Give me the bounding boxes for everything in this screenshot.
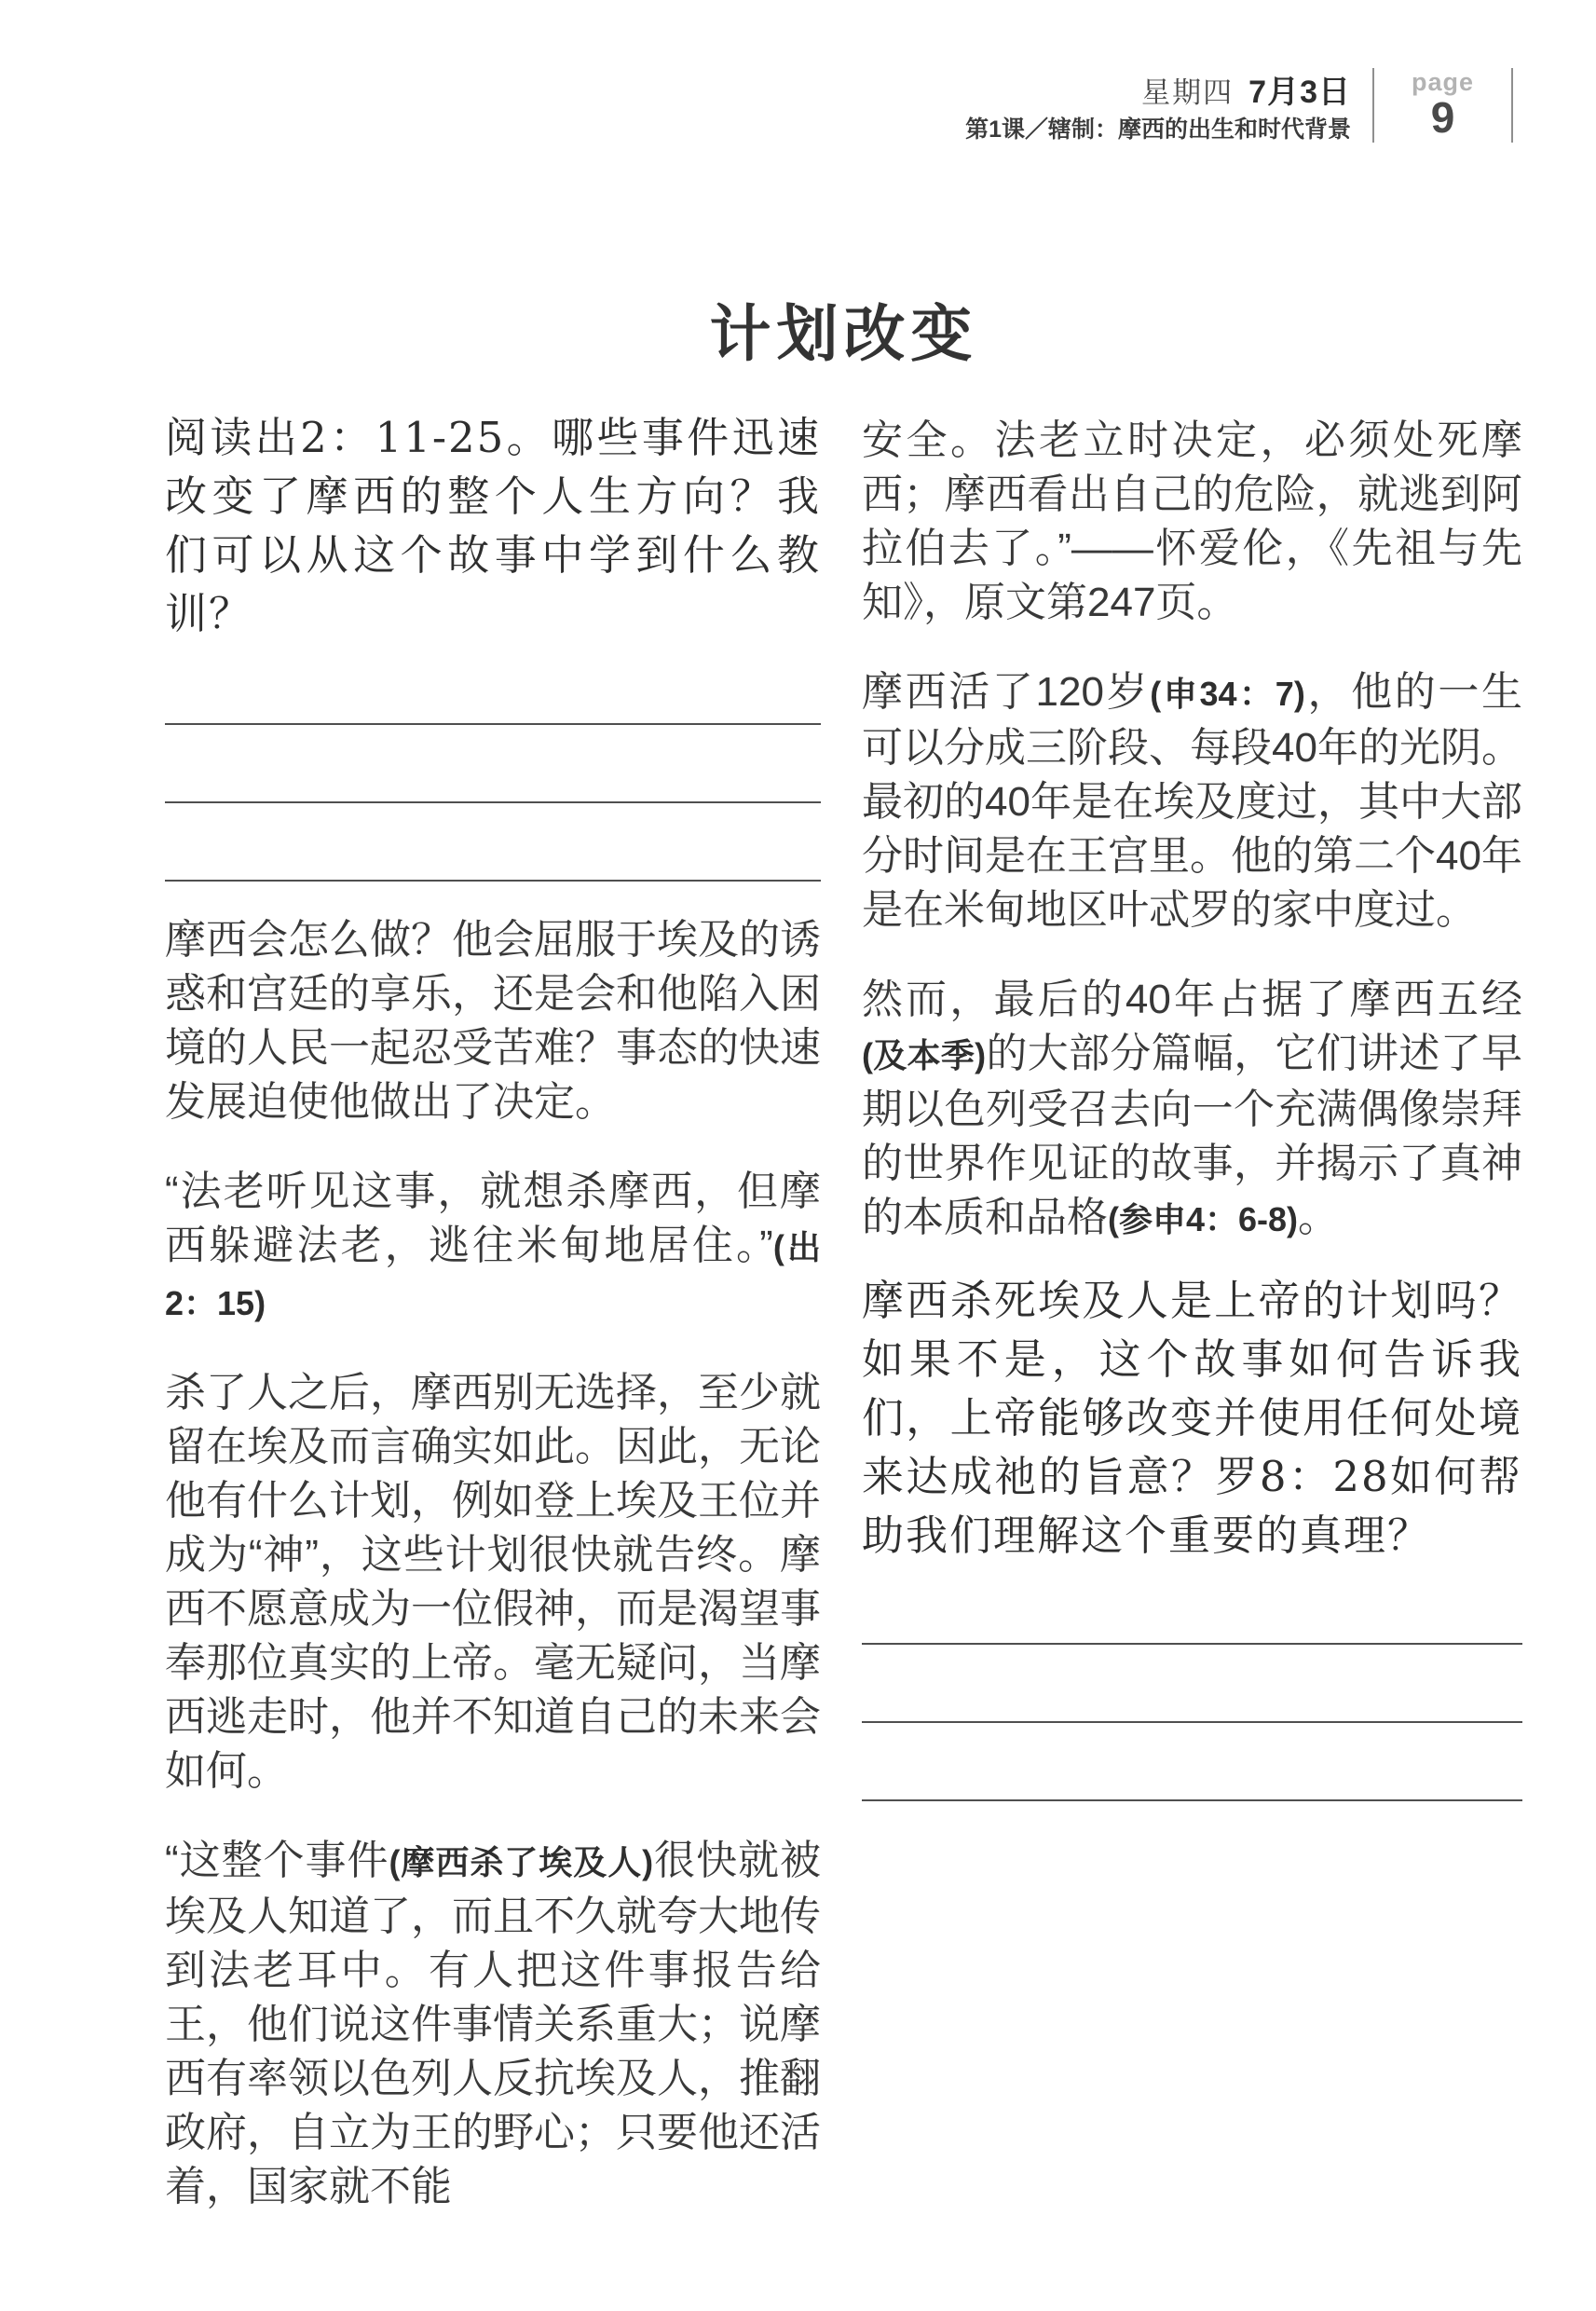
- page-header: 星期四7月3日 第1课／辖制：摩西的出生和时代背景: [965, 75, 1351, 144]
- scripture-ref-deut4-6-8: (参申4：6-8): [1108, 1200, 1298, 1238]
- quote-start: “这整个事件: [165, 1838, 389, 1883]
- paragraph-safety-quote-end: 安全。法老立时决定，必须处死摩西；摩西看出自己的危险，就逃到阿拉伯去了。”——怀…: [862, 414, 1522, 630]
- bold-note-this-quarter: (及本季): [862, 1036, 986, 1074]
- text-seg: 摩西活了120岁: [862, 669, 1150, 715]
- bold-note-killed-egyptian: (摩西杀了埃及人): [389, 1843, 653, 1881]
- answer-line: [165, 650, 821, 725]
- paragraph-after-killing: 杀了人之后，摩西别无选择，至少就留在埃及而言确实如此。因此，无论他有什么计划，例…: [165, 1366, 821, 1798]
- right-column: 安全。法老立时决定，必须处死摩西；摩西看出自己的危险，就逃到阿拉伯去了。”——怀…: [862, 408, 1522, 2214]
- date-label: 7月3日: [1248, 75, 1351, 110]
- page-indicator: page 9: [1372, 68, 1513, 143]
- paragraph-moses-decision: 摩西会怎么做？他会屈服于埃及的诱惑和宫廷的享乐，还是会和他陷入困境的人民一起忍受…: [165, 913, 821, 1129]
- paragraph-last-40-years: 然而，最后的40年占据了摩西五经(及本季)的大部分篇幅，它们讲述了早期以色列受召…: [862, 973, 1522, 1247]
- date-line: 星期四7月3日: [965, 75, 1351, 111]
- paragraph-quote-exodus: “法老听见这事，就想杀摩西，但摩西躲避法老，逃往米甸地居住。”(出2：15): [165, 1165, 821, 1331]
- question-paragraph-2: 摩西杀死埃及人是上帝的计划吗？如果不是，这个故事如何告诉我们，上帝能够改变并使用…: [862, 1271, 1522, 1565]
- answer-line: [862, 1570, 1522, 1645]
- lesson-page: 星期四7月3日 第1课／辖制：摩西的出生和时代背景 page 9 计划改变 阅读…: [0, 0, 1596, 2311]
- answer-line: [165, 803, 821, 882]
- page-label: page: [1374, 70, 1511, 95]
- text-seg: 。: [1298, 1195, 1339, 1240]
- text-seg: 然而，最后的40年占据了摩西五经: [862, 977, 1522, 1022]
- page-title: 计划改变: [165, 296, 1522, 371]
- quote-continue: 很快就被埃及人知道了，而且不久就夸大地传到法老耳中。有人把这件事报告给王，他们说…: [165, 1838, 821, 2209]
- paragraph-whole-affair: “这整个事件(摩西杀了埃及人)很快就被埃及人知道了，而且不久就夸大地传到法老耳中…: [165, 1834, 821, 2214]
- question-paragraph-1: 阅读出2：11-25。哪些事件迅速改变了摩西的整个人生方向？我们可以从这个故事中…: [165, 408, 821, 643]
- weekday-label: 星期四: [1141, 76, 1234, 109]
- scripture-ref-deut34-7: (申34：7): [1150, 675, 1305, 713]
- answer-line: [862, 1645, 1522, 1723]
- page-number: 9: [1374, 95, 1511, 140]
- answer-lines-group-2: [862, 1570, 1522, 1801]
- left-column: 阅读出2：11-25。哪些事件迅速改变了摩西的整个人生方向？我们可以从这个故事中…: [165, 408, 821, 2214]
- answer-line: [862, 1723, 1522, 1801]
- lesson-label: 第1课／辖制：摩西的出生和时代背景: [965, 116, 1351, 144]
- body-columns: 阅读出2：11-25。哪些事件迅速改变了摩西的整个人生方向？我们可以从这个故事中…: [165, 408, 1522, 2214]
- answer-lines-group-1: [165, 650, 821, 882]
- quote-text: “法老听见这事，就想杀摩西，但摩西躲避法老，逃往米甸地居住。”: [165, 1169, 821, 1268]
- answer-line: [165, 725, 821, 803]
- paragraph-moses-120-years: 摩西活了120岁(申34：7)，他的一生可以分成三阶段、每段40年的光阴。最初的…: [862, 665, 1522, 937]
